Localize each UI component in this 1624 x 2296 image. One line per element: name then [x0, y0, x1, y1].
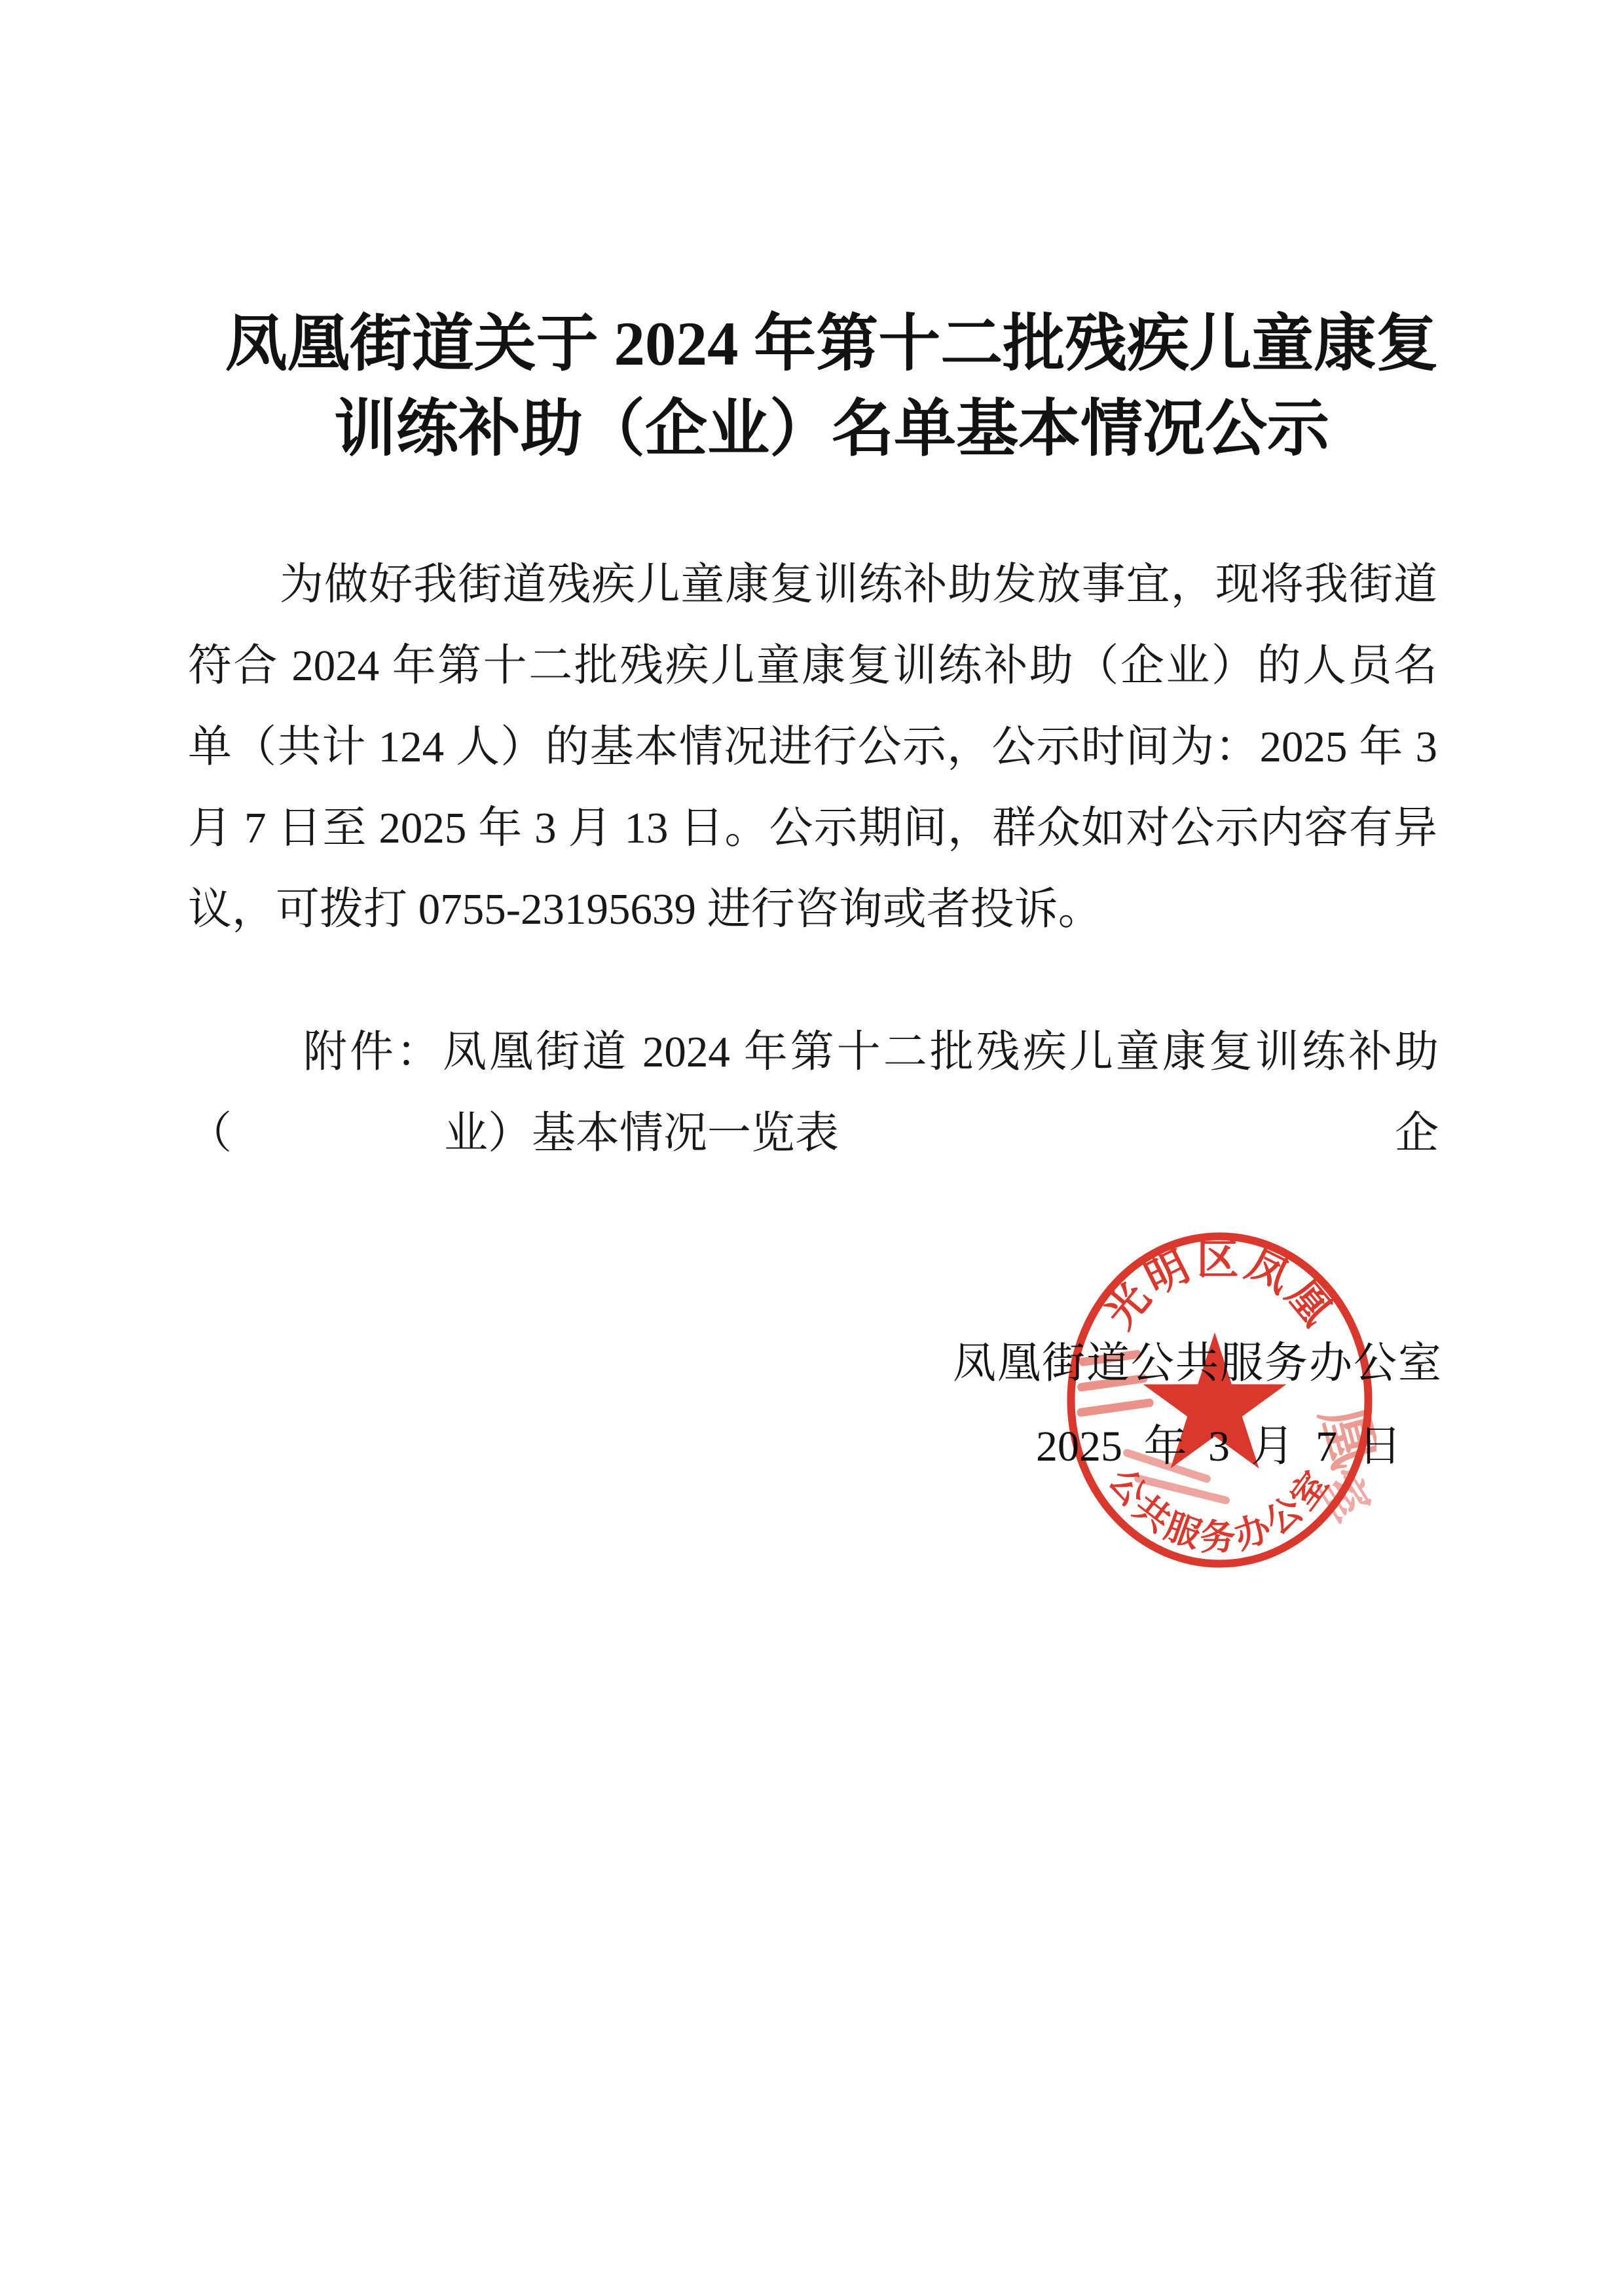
body-line: 符合 2024 年第十二批残疾儿童康复训练补助（企业）的人员名: [188, 625, 1437, 706]
body-line: 月 7 日至 2025 年 3 月 13 日。公示期间，群众如对公示内容有异: [188, 788, 1437, 869]
body-line: 为做好我街道残疾儿童康复训练补助发放事宜，现将我街道: [188, 544, 1437, 625]
attachment-note: 附件：凤凰街道 2024 年第十二批残疾儿童康复训练补助（企 业）基本情况一览表: [188, 1011, 1439, 1174]
official-seal-stamp: 光明区凤凰 公共服务办公室 凰 室: [1063, 1229, 1376, 1572]
seal-top-arc-text: 光明区凤凰: [1097, 1237, 1343, 1337]
body-paragraph: 为做好我街道残疾儿童康复训练补助发放事宜，现将我街道 符合 2024 年第十二批…: [188, 544, 1437, 950]
svg-text:凰: 凰: [1308, 1398, 1376, 1474]
document-title-line2: 训练补助（企业）名单基本情况公示: [39, 386, 1624, 471]
star-icon: [1143, 1332, 1287, 1468]
notice-document-page: 凤凰街道关于 2024 年第十二批残疾儿童康复 训练补助（企业）名单基本情况公示…: [0, 0, 1624, 2296]
document-title: 凤凰街道关于 2024 年第十二批残疾儿童康复 训练补助（企业）名单基本情况公示: [39, 301, 1624, 471]
document-title-line1: 凤凰街道关于 2024 年第十二批残疾儿童康复: [39, 301, 1624, 386]
body-line: 单（共计 124 人）的基本情况进行公示，公示时间为：2025 年 3: [188, 706, 1437, 788]
body-line: 议，可拨打 0755-23195639 进行咨询或者投诉。: [188, 869, 1437, 950]
attachment-line1: 附件：凤凰街道 2024 年第十二批残疾儿童康复训练补助（企: [188, 1011, 1439, 1093]
